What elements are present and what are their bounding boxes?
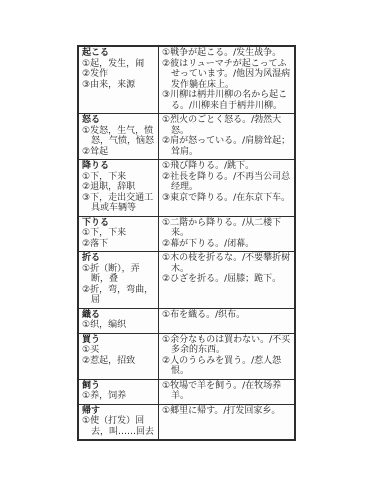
examples-cell: ①余分なものは買わない。/不买多余的东西。②人のうらみを買う。/惹人怨恨。 [159,333,296,379]
headword: 買う [82,335,155,346]
headword: 折る [82,253,155,264]
table-row: 降りる①下，下来②退职，辞职③下，走出交通工具或车辆等①飛び降りる。/跳下。②社… [78,160,295,217]
word-cell: 帰す①使（打发）回去，叫……回去 [78,404,159,440]
meaning-item: ②折，弯，弯曲，屈 [82,285,155,306]
headword: 下りる [82,218,155,229]
examples-cell: ①飛び降りる。/跳下。②社長を降りる。/不再当公司总经理。③東京で降りる。/在东… [159,160,296,217]
table-row: 怒る①发怒，生气，愤怒，气愤，恼怒②耸起①烈火のごとく怒る。/勃然大怒。②肩が怒… [78,114,295,160]
meaning-item: ①折（断），弄断，叠 [82,264,155,285]
word-cell: 折る①折（断），弄断，叠②折，弯，弯曲，屈 [78,252,159,309]
headword: 怒る [82,115,155,126]
example-item: ①布を織る。/织布。 [162,310,291,321]
headword: 降りる [82,161,155,172]
table-row: 飼う①养，饲养①牧場で羊を飼う。/在牧场养羊。 [78,379,295,404]
examples-cell: ①牧場で羊を飼う。/在牧场养羊。 [159,379,296,404]
word-cell: 下りる①下，下来②落下 [78,216,159,252]
example-item: ③東京で降りる。/在东京下车。 [162,193,291,204]
meaning-item: ②耸起 [82,147,155,158]
example-item: ③川柳は柄井川柳の名から起こる。/川柳来自于柄井川柳。 [162,90,291,111]
example-item: ①牧場で羊を飼う。/在牧场养羊。 [162,381,291,402]
example-item: ①戦争が起こる。/发生战争。 [162,48,291,59]
meaning-item: ②发作 [82,69,155,80]
example-item: ②社長を降りる。/不再当公司总经理。 [162,172,291,193]
headword: 織る [82,310,155,321]
meaning-item: ②落下 [82,239,155,250]
examples-cell: ①布を織る。/织布。 [159,308,296,333]
example-item: ①郷里に帰す。/打发回家乡。 [162,406,291,417]
meaning-item: ①买 [82,345,155,356]
headword: 帰す [82,406,155,417]
meaning-item: ②退职，辞职 [82,182,155,193]
meaning-item: ①织，编织 [82,320,155,331]
examples-cell: ①戦争が起こる。/发生战争。②彼はリューマチが起こってふせっています。/他因为风… [159,46,296,114]
table-row: 織る①织，编织①布を織る。/织布。 [78,308,295,333]
example-item: ②人のうらみを買う。/惹人怨恨。 [162,356,291,377]
meaning-item: ①下，下来 [82,172,155,183]
table-row: 帰す①使（打发）回去，叫……回去①郷里に帰す。/打发回家乡。 [78,404,295,440]
table-row: 買う①买②惹起，招致①余分なものは買わない。/不买多余的东西。②人のうらみを買う… [78,333,295,379]
meaning-item: ③由来，来源 [82,80,155,91]
example-item: ②幕が下りる。/闭幕。 [162,239,291,250]
word-cell: 起こる①起，发生，闹②发作③由来，来源 [78,46,159,114]
examples-cell: ①郷里に帰す。/打发回家乡。 [159,404,296,440]
meaning-item: ①养，饲养 [82,391,155,402]
headword: 飼う [82,381,155,392]
example-item: ①烈火のごとく怒る。/勃然大怒。 [162,115,291,136]
table-row: 起こる①起，发生，闹②发作③由来，来源①戦争が起こる。/发生战争。②彼はリューマ… [78,46,295,114]
word-cell: 飼う①养，饲养 [78,379,159,404]
vocabulary-table-body: 起こる①起，发生，闹②发作③由来，来源①戦争が起こる。/发生战争。②彼はリューマ… [78,46,295,440]
meaning-item: ①起，发生，闹 [82,59,155,70]
example-item: ①二階から降りる。/从二楼下来。 [162,218,291,239]
example-item: ②彼はリューマチが起こってふせっています。/他因为风湿病发作躺在床上。 [162,59,291,91]
example-item: ①木の枝を折るな。/不要攀折树木。 [162,253,291,274]
scanned-document-page: 起こる①起，发生，闹②发作③由来，来源①戦争が起こる。/发生战争。②彼はリューマ… [0,0,370,480]
table-row: 折る①折（断），弄断，叠②折，弯，弯曲，屈①木の枝を折るな。/不要攀折树木。②ひ… [78,252,295,309]
meaning-item: ①发怒，生气，愤怒，气愤，恼怒 [82,126,155,147]
word-cell: 降りる①下，下来②退职，辞职③下，走出交通工具或车辆等 [78,160,159,217]
headword: 起こる [82,48,155,59]
example-item: ①余分なものは買わない。/不买多余的东西。 [162,335,291,356]
table-row: 下りる①下，下来②落下①二階から降りる。/从二楼下来。②幕が下りる。/闭幕。 [78,216,295,252]
examples-cell: ①二階から降りる。/从二楼下来。②幕が下りる。/闭幕。 [159,216,296,252]
word-cell: 怒る①发怒，生气，愤怒，气愤，恼怒②耸起 [78,114,159,160]
example-item: ①飛び降りる。/跳下。 [162,161,291,172]
word-cell: 買う①买②惹起，招致 [78,333,159,379]
meaning-item: ②惹起，招致 [82,356,155,367]
meaning-item: ①下，下来 [82,228,155,239]
example-item: ②肩が怒っている。/肩膀耸起；耸肩。 [162,136,291,157]
meaning-item: ①使（打发）回去，叫……回去 [82,416,155,437]
examples-cell: ①木の枝を折るな。/不要攀折树木。②ひざを折る。/屈膝；跪下。 [159,252,296,309]
vocabulary-table: 起こる①起，发生，闹②发作③由来，来源①戦争が起こる。/发生战争。②彼はリューマ… [77,45,296,441]
meaning-item: ③下，走出交通工具或车辆等 [82,193,155,214]
word-cell: 織る①织，编织 [78,308,159,333]
examples-cell: ①烈火のごとく怒る。/勃然大怒。②肩が怒っている。/肩膀耸起；耸肩。 [159,114,296,160]
example-item: ②ひざを折る。/屈膝；跪下。 [162,274,291,285]
